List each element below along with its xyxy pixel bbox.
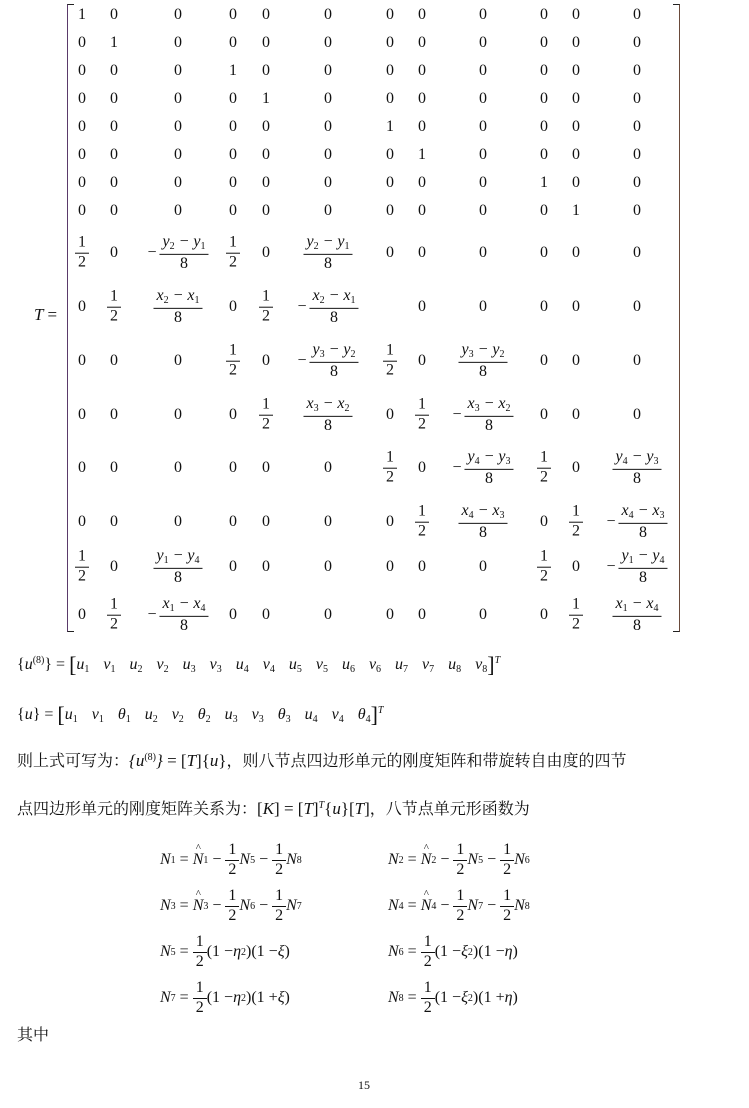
vector-entry: u4	[305, 706, 318, 725]
matrix-cell: 12	[569, 597, 583, 634]
matrix-cell: 12	[107, 597, 121, 634]
page-number: 15	[358, 1078, 370, 1093]
matrix-cell: 0	[479, 606, 487, 624]
matrix-cell: 0	[78, 202, 86, 220]
vector-u-items: u1v1θ1u2v2θ2u3v3θ3u4v4θ4	[65, 706, 371, 723]
matrix-cell: 0	[229, 118, 237, 136]
matrix-cell: 0	[262, 513, 270, 531]
matrix-cell: 0	[386, 174, 394, 192]
matrix-cell: 0	[572, 298, 580, 316]
matrix-cell: 0	[633, 34, 641, 52]
matrix-cell: x4 − x38	[458, 503, 507, 541]
vector-entry: u1	[65, 706, 78, 725]
vector-entry: u6	[342, 656, 355, 675]
matrix-cell: 0	[262, 6, 270, 24]
shape-function-n3: N3 = N3 − 12N6 − 12N7	[160, 888, 302, 925]
matrix-cell: −y2 − y18	[147, 234, 208, 272]
matrix-cell: 0	[418, 459, 426, 477]
matrix-cell: 0	[540, 406, 548, 424]
matrix-cell: 0	[174, 6, 182, 24]
matrix-cell: 0	[418, 6, 426, 24]
matrix-cell: 0	[110, 62, 118, 80]
matrix-cell: 0	[386, 606, 394, 624]
matrix-cell: y4 − y38	[612, 449, 661, 487]
matrix-label: T=	[34, 305, 57, 325]
shape-function-n4: N4 = N4 − 12N7 − 12N8	[388, 888, 530, 925]
matrix-cell: 0	[78, 146, 86, 164]
matrix-cell: 0	[78, 606, 86, 624]
matrix-cell: 0	[324, 34, 332, 52]
matrix-cell: 0	[418, 62, 426, 80]
matrix-cell: 0	[229, 558, 237, 576]
vector-u: {u} = [u1v1θ1u2v2θ2u3v3θ3u4v4θ4]T	[17, 702, 383, 728]
matrix-cell: 0	[110, 202, 118, 220]
matrix-cell: 0	[110, 6, 118, 24]
matrix-cell: 0	[324, 459, 332, 477]
paragraph-line-1: 则上式可写为：{u(8)} = [T]{u}，则八节点四边形单元的刚度矩阵和带旋…	[17, 748, 627, 771]
matrix-cell: 0	[633, 244, 641, 262]
matrix-cell: −x3 − x28	[452, 396, 513, 434]
matrix-cell: 0	[174, 406, 182, 424]
matrix-cell: 0	[540, 118, 548, 136]
matrix-cell: 0	[110, 459, 118, 477]
shape-function-n6: N6 = 12(1 − ξ2)(1 − η)	[388, 934, 518, 971]
matrix-cell: 0	[110, 90, 118, 108]
matrix-cell: 0	[479, 298, 487, 316]
matrix-cell: 0	[262, 202, 270, 220]
matrix-cell: y3 − y28	[458, 342, 507, 380]
matrix-cell: 0	[78, 62, 86, 80]
matrix-cell: 0	[418, 558, 426, 576]
matrix-cell: 0	[572, 118, 580, 136]
matrix-cell: 0	[572, 146, 580, 164]
matrix-cell: 0	[540, 202, 548, 220]
matrix-cell: 0	[479, 244, 487, 262]
matrix-cell: 0	[229, 34, 237, 52]
matrix-cell: 0	[229, 606, 237, 624]
matrix-cell: 0	[479, 90, 487, 108]
matrix-cell: 0	[540, 244, 548, 262]
matrix-cell: 0	[78, 406, 86, 424]
matrix-cell: 0	[324, 202, 332, 220]
vector-entry: v3	[210, 656, 222, 675]
matrix-cell: 0	[78, 352, 86, 370]
matrix-cell: 0	[110, 174, 118, 192]
matrix-cell: −x1 − x48	[147, 596, 208, 634]
matrix-cell: 0	[324, 146, 332, 164]
matrix-cell: 0	[540, 298, 548, 316]
matrix-cell: 0	[78, 298, 86, 316]
matrix-cell: 0	[418, 34, 426, 52]
vector-entry: θ3	[278, 706, 291, 725]
matrix-cell: 0	[540, 6, 548, 24]
matrix-cell: 12	[537, 450, 551, 487]
vector-entry: v6	[369, 656, 381, 675]
matrix-cell: 0	[633, 406, 641, 424]
matrix-cell: 0	[110, 352, 118, 370]
matrix-cell: 0	[418, 606, 426, 624]
matrix-cell: 0	[78, 459, 86, 477]
vector-entry: v2	[157, 656, 169, 675]
vector-u-lhs: {u} =	[17, 706, 57, 723]
matrix-cell: 0	[572, 34, 580, 52]
vector-entry: v4	[263, 656, 275, 675]
matrix-cell: 0	[324, 606, 332, 624]
matrix-cell: 0	[633, 90, 641, 108]
matrix-cell: −y1 − y48	[606, 548, 667, 586]
matrix-cell: 0	[229, 6, 237, 24]
left-bracket	[67, 4, 74, 632]
matrix-cell: 0	[174, 459, 182, 477]
matrix-cell: 0	[540, 90, 548, 108]
matrix-cell: 0	[633, 202, 641, 220]
matrix-cell: x2 − x18	[153, 288, 202, 326]
vector-entry: v4	[332, 706, 344, 725]
matrix-cell: 0	[324, 118, 332, 136]
matrix-cell: −x2 − x18	[297, 288, 358, 326]
shape-function-n8: N8 = 12(1 − ξ2)(1 + η)	[388, 980, 518, 1017]
matrix-cell: 1	[418, 146, 426, 164]
matrix-cell: 12	[383, 450, 397, 487]
matrix-cell: 0	[229, 90, 237, 108]
matrix-cell: 0	[479, 6, 487, 24]
matrix-cell: 0	[229, 202, 237, 220]
matrix-cell: 0	[633, 352, 641, 370]
vector-entry: u2	[130, 656, 143, 675]
matrix-cell: 0	[386, 62, 394, 80]
matrix-cell: 0	[479, 118, 487, 136]
matrix-cell: 1	[110, 34, 118, 52]
vector-entry: θ1	[118, 706, 131, 725]
vector-u8-lhs: {u(8)} =	[17, 656, 69, 673]
matrix-cell: 0	[540, 352, 548, 370]
vector-entry: v1	[92, 706, 104, 725]
matrix-cell: 0	[418, 202, 426, 220]
matrix-cell: 0	[324, 62, 332, 80]
matrix-cell: 0	[572, 6, 580, 24]
matrix-cell: 0	[633, 174, 641, 192]
vector-entry: u7	[395, 656, 408, 675]
matrix-cell: 12	[259, 289, 273, 326]
matrix-cell: 0	[78, 118, 86, 136]
matrix-cell: 0	[324, 6, 332, 24]
matrix-cell: 0	[229, 459, 237, 477]
matrix-cell: 0	[174, 202, 182, 220]
matrix-cell: x3 − x28	[303, 396, 352, 434]
matrix-cell: 12	[75, 549, 89, 586]
matrix-cell: x1 − x48	[612, 596, 661, 634]
matrix-cell: 0	[386, 406, 394, 424]
matrix-cell: 12	[569, 504, 583, 541]
vector-entry: v1	[103, 656, 115, 675]
matrix-cell: 0	[540, 606, 548, 624]
matrix-cell: 0	[572, 352, 580, 370]
matrix-cell: 0	[633, 146, 641, 164]
matrix-cell: 0	[229, 174, 237, 192]
matrix-cell: 1	[78, 6, 86, 24]
matrix-cell: 0	[540, 513, 548, 531]
matrix-cell: 0	[262, 606, 270, 624]
vector-entry: v5	[316, 656, 328, 675]
matrix-cell: y1 − y48	[153, 548, 202, 586]
matrix-cell: 0	[174, 174, 182, 192]
paragraph-line-2: 点四边形单元的刚度矩阵关系为：[K] = [T]T{u}[T]，八节点单元形函数…	[17, 796, 530, 819]
matrix-cell: y2 − y18	[303, 234, 352, 272]
matrix-cell: 0	[540, 34, 548, 52]
matrix-cell: 0	[229, 513, 237, 531]
footer-text: 其中	[17, 1022, 49, 1045]
matrix-cell: 0	[174, 90, 182, 108]
matrix-cell: 0	[78, 174, 86, 192]
matrix-cell: 0	[78, 90, 86, 108]
vector-entry: u5	[289, 656, 302, 675]
matrix-cell: 0	[78, 513, 86, 531]
matrix-cell: 0	[572, 244, 580, 262]
matrix-cell: 0	[572, 459, 580, 477]
matrix-cell: 0	[386, 146, 394, 164]
matrix-cell: 0	[418, 118, 426, 136]
matrix-cell: 1	[262, 90, 270, 108]
right-bracket	[673, 4, 680, 632]
matrix-cell: 0	[540, 146, 548, 164]
matrix-cell: 0	[479, 558, 487, 576]
matrix-cell: 0	[174, 34, 182, 52]
transformation-matrix: T= 1000000000000100000000000001000000000…	[0, 0, 749, 636]
matrix-cell: 0	[418, 298, 426, 316]
matrix-cell: 0	[418, 244, 426, 262]
vector-entry: θ4	[358, 706, 371, 725]
shape-function-n2: N2 = N2 − 12N5 − 12N6	[388, 842, 530, 879]
matrix-cell: 0	[262, 174, 270, 192]
shape-function-n7: N7 = 12(1 − η2)(1 + ξ)	[160, 980, 290, 1017]
matrix-cell: 0	[78, 34, 86, 52]
matrix-cell: 0	[262, 459, 270, 477]
matrix-cell: 0	[174, 118, 182, 136]
matrix-cell: 0	[572, 62, 580, 80]
matrix-cell: 0	[418, 90, 426, 108]
matrix-cell: 0	[572, 406, 580, 424]
matrix-cell: −y4 − y38	[452, 449, 513, 487]
vector-entry: u3	[183, 656, 196, 675]
matrix-cell: 0	[262, 352, 270, 370]
matrix-cell: −x4 − x38	[606, 503, 667, 541]
matrix-cell: 0	[540, 62, 548, 80]
matrix-cell: 1	[229, 62, 237, 80]
vector-entry: u4	[236, 656, 249, 675]
matrix-cell: 0	[110, 118, 118, 136]
matrix-cell: 1	[572, 202, 580, 220]
matrix-cell: 0	[229, 406, 237, 424]
matrix-cell: 0	[633, 6, 641, 24]
matrix-cell: 0	[386, 34, 394, 52]
matrix-cell: 1	[540, 174, 548, 192]
vector-entry: u3	[225, 706, 238, 725]
matrix-cell: 0	[386, 244, 394, 262]
matrix-cell: 0	[418, 174, 426, 192]
matrix-cell: 0	[229, 298, 237, 316]
matrix-cell: 0	[262, 146, 270, 164]
vector-entry: v2	[172, 706, 184, 725]
matrix-cell: 12	[415, 504, 429, 541]
matrix-cell: 0	[174, 62, 182, 80]
matrix-cell: 0	[262, 558, 270, 576]
vector-entry: v3	[252, 706, 264, 725]
shape-function-n5: N5 = 12(1 − η2)(1 − ξ)	[160, 934, 290, 971]
matrix-cell: 0	[324, 558, 332, 576]
matrix-cell: 12	[107, 289, 121, 326]
matrix-cell: 1	[386, 118, 394, 136]
matrix-cell: 0	[572, 90, 580, 108]
matrix-cell: 12	[415, 397, 429, 434]
matrix-cell: 12	[226, 343, 240, 380]
matrix-cell: 0	[633, 298, 641, 316]
vector-entry: θ2	[198, 706, 211, 725]
matrix-cell: 0	[324, 90, 332, 108]
vector-entry: v8	[475, 656, 487, 675]
vector-u8-items: u1v1u2v2u3v3u4v4u5v5u6v6u7v7u8v8	[76, 656, 487, 673]
matrix-cell: 0	[386, 558, 394, 576]
matrix-cell: 12	[259, 397, 273, 434]
matrix-cell: 0	[110, 513, 118, 531]
matrix-cell: 0	[262, 244, 270, 262]
matrix-cell: −y3 − y28	[297, 342, 358, 380]
matrix-cell: 0	[386, 202, 394, 220]
matrix-cell: 0	[386, 6, 394, 24]
matrix-cell: 0	[633, 118, 641, 136]
matrix-cell: 0	[262, 34, 270, 52]
matrix-cell: 0	[110, 146, 118, 164]
vector-u8: {u(8)} = [u1v1u2v2u3v3u4v4u5v5u6v6u7v7u8…	[17, 652, 500, 678]
matrix-cell: 0	[572, 558, 580, 576]
matrix-cell: 0	[386, 90, 394, 108]
matrix-cell: 0	[386, 513, 394, 531]
matrix-cell: 0	[479, 174, 487, 192]
matrix-cell: 0	[110, 406, 118, 424]
matrix-cell: 0	[174, 352, 182, 370]
matrix-cell: 0	[110, 558, 118, 576]
matrix-cell: 0	[418, 352, 426, 370]
matrix-cell: 0	[479, 62, 487, 80]
vector-entry: u8	[448, 656, 461, 675]
vector-entry: v7	[422, 656, 434, 675]
matrix-cell: 12	[383, 343, 397, 380]
matrix-cell: 0	[229, 146, 237, 164]
matrix-cell: 12	[226, 235, 240, 272]
matrix-cell: 0	[572, 174, 580, 192]
matrix-cell: 0	[262, 62, 270, 80]
matrix-cell: 0	[479, 202, 487, 220]
matrix-cell: 0	[479, 146, 487, 164]
matrix-cell: 0	[633, 62, 641, 80]
matrix-cell: 0	[479, 34, 487, 52]
vector-entry: u1	[76, 656, 89, 675]
vector-entry: u2	[145, 706, 158, 725]
shape-function-n1: N1 = N1 − 12N5 − 12N8	[160, 842, 302, 879]
matrix-cell: 12	[537, 549, 551, 586]
matrix-cell: 0	[174, 146, 182, 164]
matrix-cell: 0	[262, 118, 270, 136]
matrix-cell: 0	[110, 244, 118, 262]
matrix-cell: 0	[324, 174, 332, 192]
matrix-cell: 12	[75, 235, 89, 272]
matrix-cell: 0	[174, 513, 182, 531]
matrix-cell: 0	[324, 513, 332, 531]
